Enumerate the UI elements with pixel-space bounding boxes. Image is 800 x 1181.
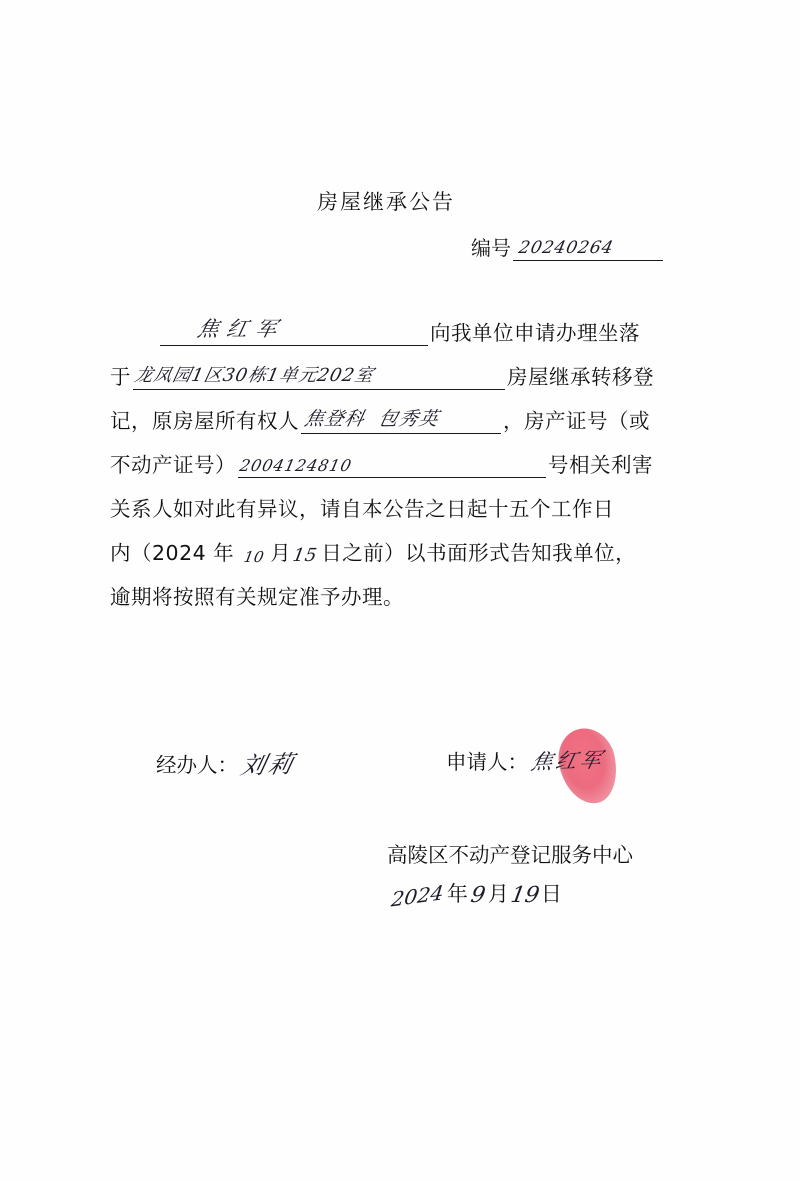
body-text: 日之前）以书面形式告知我单位， (321, 536, 636, 566)
date-year-label: 年 (447, 878, 468, 908)
issue-date: 2024 年 9 月 19 日 (392, 878, 562, 908)
body-text: 内（2024 年 (110, 536, 234, 566)
property-address: 龙凤园1区30栋1单元202室 (132, 361, 377, 387)
date-day-label: 日 (541, 878, 562, 908)
notice-page: 房屋继承公告 编号 20240264 焦红军 向我单位申请办理坐落 于 龙凤园1… (0, 0, 800, 1181)
address-field: 龙凤园1区30栋1单元202室 (133, 359, 505, 390)
date-month: 9 (469, 883, 487, 908)
body-text: 房屋继承转移登 (507, 360, 654, 390)
body-text: 月 (270, 536, 291, 566)
body-text: 号相关利害 (548, 448, 653, 478)
body-text: 关系人如对此有异议，请自本公告之日起十五个工作日 (110, 492, 614, 522)
original-owners: 焦登科 包秀英 (302, 404, 442, 431)
body-line-3: 记，原房屋所有权人 焦登科 包秀英 ，房产证号（或 (110, 400, 650, 434)
deadline-month: 10 (243, 548, 266, 566)
body-line-6: 内（2024 年 10 月 15 日之前）以书面形式告知我单位， (110, 532, 636, 566)
certificate-number: 2004124810 (238, 456, 354, 475)
issuing-office: 高陵区不动产登记服务中心 (387, 838, 633, 868)
deadline-day: 15 (291, 545, 319, 566)
handler-signature-row: 经办人： 刘莉 (156, 745, 296, 780)
serial-label: 编号 (471, 232, 511, 261)
body-line-4: 不动产证号） 2004124810 号相关利害 (110, 444, 653, 478)
certificate-field: 2004124810 (238, 447, 546, 478)
applicant-signature-row: 申请人： 焦红军 (446, 745, 604, 775)
body-text: ，房产证号（或 (503, 404, 650, 434)
date-year: 2024 (390, 881, 445, 912)
handler-label: 经办人： (156, 748, 238, 778)
body-text: 向我单位申请办理坐落 (430, 316, 640, 346)
body-line-2: 于 龙凤园1区30栋1单元202室 房屋继承转移登 (110, 356, 654, 390)
applicant-signature: 焦红军 (528, 744, 607, 776)
body-line-1: 焦红军 向我单位申请办理坐落 (158, 312, 640, 346)
owners-field: 焦登科 包秀英 (301, 403, 501, 434)
applicant-label: 申请人： (446, 745, 528, 775)
applicant-field: 焦红军 (160, 315, 428, 346)
body-text: 记，原房屋所有权人 (110, 404, 299, 434)
date-month-label: 月 (488, 878, 509, 908)
handler-signature: 刘莉 (238, 744, 300, 781)
applicant-name: 焦红军 (195, 313, 288, 343)
serial-number-row: 编号 20240264 (471, 230, 665, 261)
body-text: 逾期将按照有关规定准予办理。 (110, 580, 404, 610)
body-line-5: 关系人如对此有异议，请自本公告之日起十五个工作日 (110, 488, 614, 522)
body-text: 不动产证号） (110, 448, 236, 478)
body-line-7: 逾期将按照有关规定准予办理。 (110, 576, 404, 610)
body-text: 于 (110, 360, 131, 390)
serial-field: 20240264 (513, 230, 663, 261)
serial-value: 20240264 (517, 238, 616, 258)
date-day: 19 (509, 883, 541, 908)
notice-title: 房屋继承公告 (317, 186, 455, 216)
